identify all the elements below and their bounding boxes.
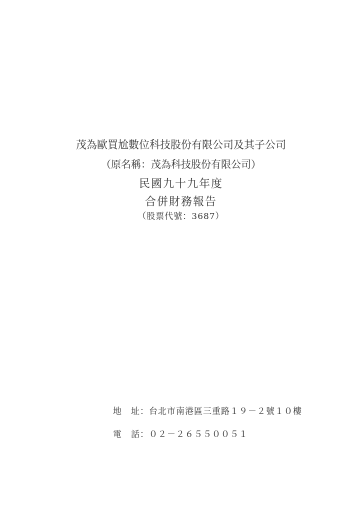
address-label: 地 址：	[113, 407, 149, 417]
fiscal-year: 民國九十九年度	[0, 175, 362, 191]
address-value: 台北市南港區三重路１９－２號１０樓	[149, 407, 302, 417]
report-cover-page: 茂為歐買尬數位科技股份有限公司及其子公司 （原名稱：茂為科技股份有限公司） 民國…	[0, 0, 362, 512]
stock-code: （股票代號：3687）	[0, 210, 362, 222]
company-title: 茂為歐買尬數位科技股份有限公司及其子公司	[0, 137, 362, 152]
former-company-name: （原名稱：茂為科技股份有限公司）	[0, 156, 362, 171]
phone-label: 電 話：	[113, 430, 149, 440]
contact-block: 地 址：台北市南港區三重路１９－２號１０樓 電 話：０２－２６５５００５１	[113, 407, 302, 441]
address-row: 地 址：台北市南港區三重路１９－２號１０樓	[113, 407, 302, 418]
phone-row: 電 話：０２－２６５５００５１	[113, 430, 302, 441]
report-title: 合併財務報告	[0, 193, 362, 209]
phone-value: ０２－２６５５００５１	[149, 430, 248, 440]
